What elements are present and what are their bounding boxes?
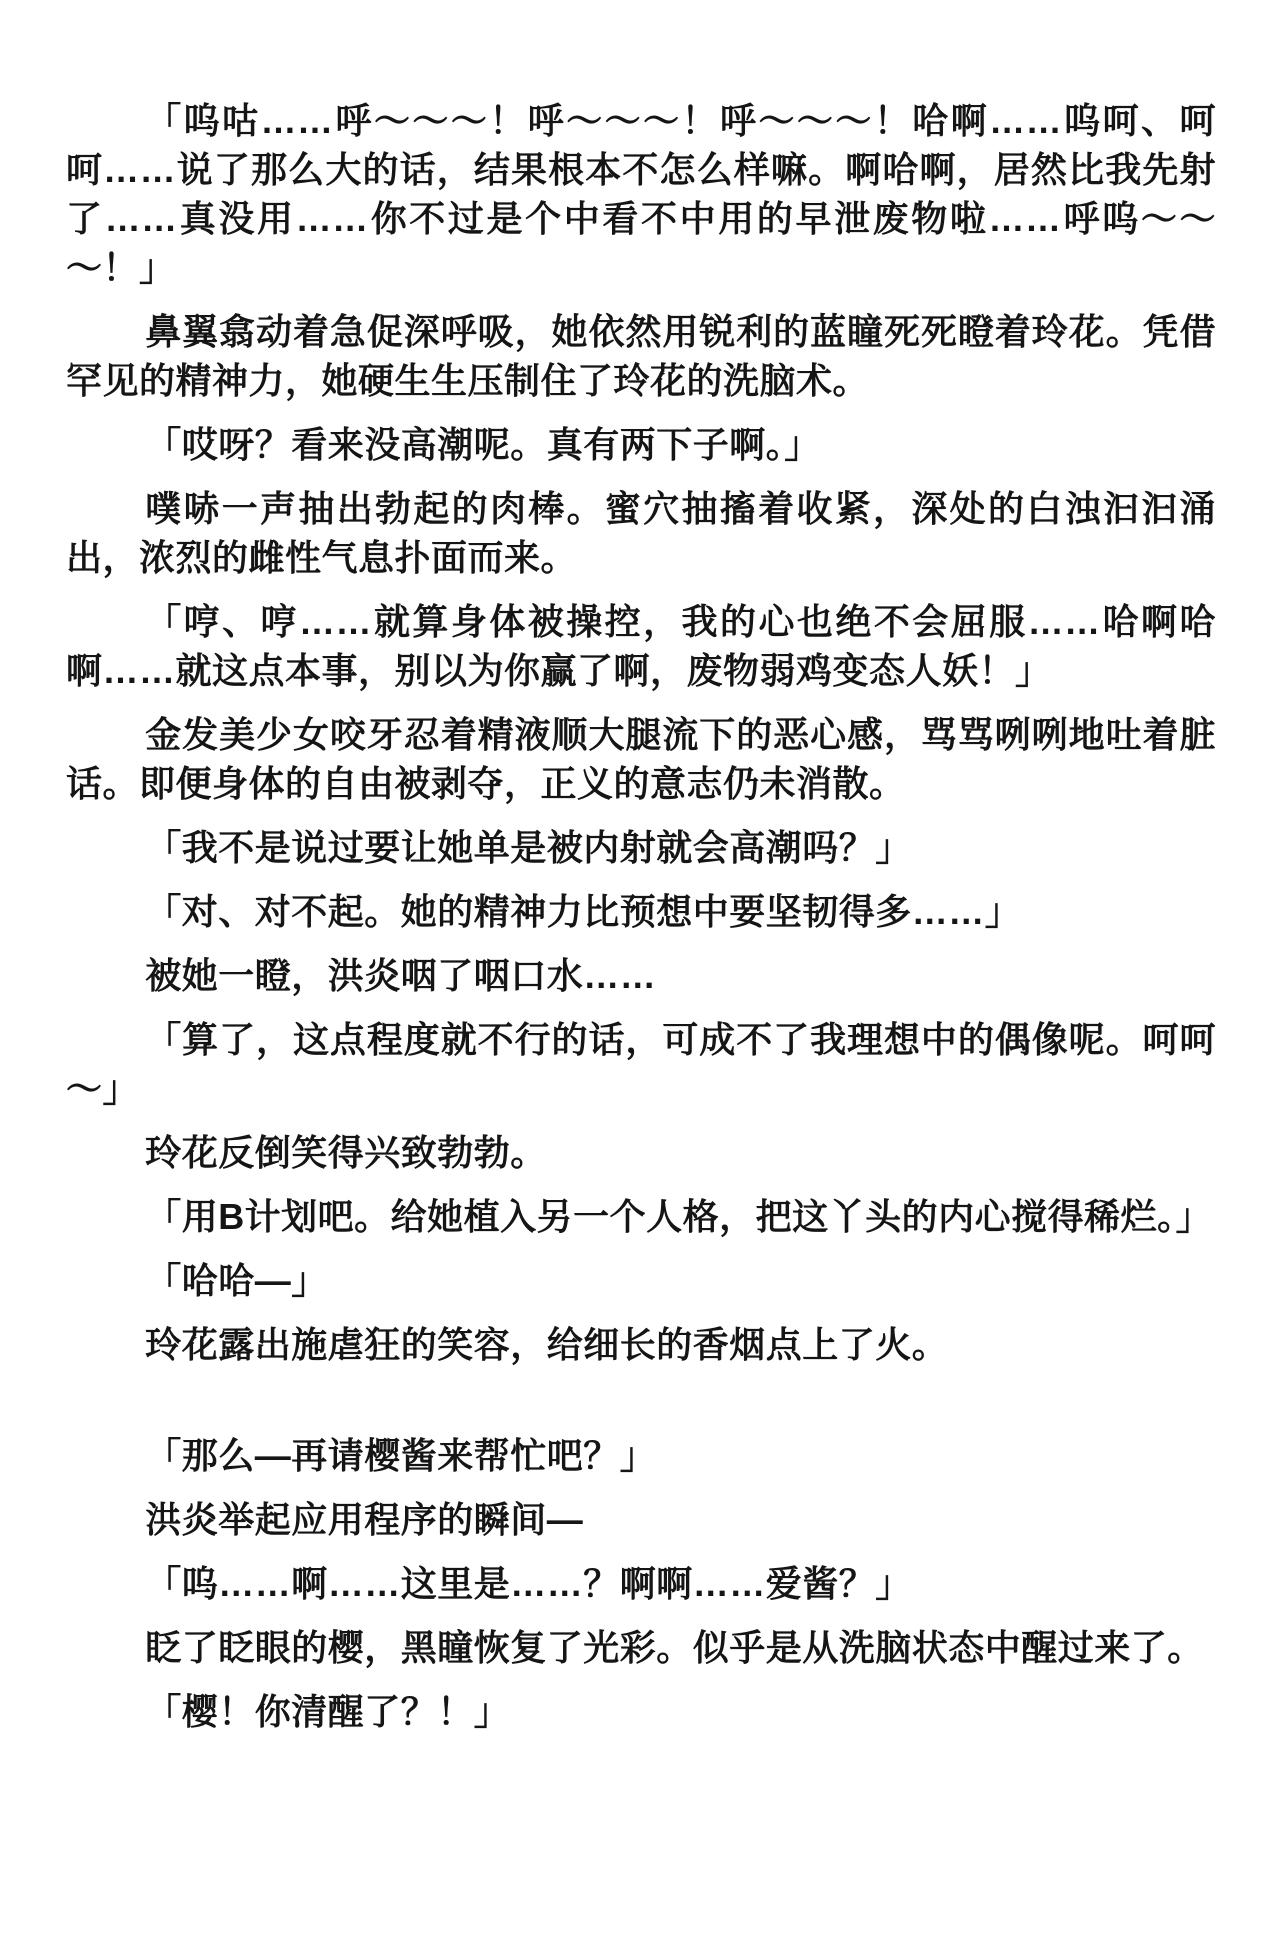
paragraph-dialogue-8: 「哈哈—」 xyxy=(66,1256,1216,1305)
paragraph-narration-2: 噗哧一声抽出勃起的肉棒。蜜穴抽搐着收紧，深处的白浊汩汩涌出，浓烈的雌性气息扑面而… xyxy=(66,484,1216,582)
paragraph-dialogue-3: 「哼、哼……就算身体被操控，我的心也绝不会屈服……哈啊哈啊……就这点本事，别以为… xyxy=(66,597,1216,695)
paragraph-narration-4: 被她一瞪，洪炎咽了咽口水…… xyxy=(66,951,1216,1000)
paragraph-dialogue-4: 「我不是说过要让她单是被内射就会高潮吗？」 xyxy=(66,823,1216,872)
paragraph-dialogue-5: 「对、对不起。她的精神力比预想中要坚韧得多……」 xyxy=(66,887,1216,936)
paragraph-narration-1: 鼻翼翕动着急促深呼吸，她依然用锐利的蓝瞳死死瞪着玲花。凭借罕见的精神力，她硬生生… xyxy=(66,307,1216,405)
paragraph-dialogue-11: 「樱！你清醒了？！」 xyxy=(66,1687,1216,1736)
paragraph-dialogue-10: 「呜……啊……这里是……？啊啊……爱酱？」 xyxy=(66,1559,1216,1608)
novel-reader-page: 「呜咕……呼～～～！呼～～～！呼～～～！哈啊……呜呵、呵呵……说了那么大的话，结… xyxy=(0,0,1280,1947)
paragraph-dialogue-1: 「呜咕……呼～～～！呼～～～！呼～～～！哈啊……呜呵、呵呵……说了那么大的话，结… xyxy=(66,96,1216,292)
paragraph-dialogue-7: 「用B计划吧。给她植入另一个人格，把这丫头的内心搅得稀烂。」 xyxy=(66,1192,1216,1241)
paragraph-narration-6: 玲花露出施虐狂的笑容，给细长的香烟点上了火。 xyxy=(66,1320,1216,1369)
paragraph-narration-8: 眨了眨眼的樱，黑瞳恢复了光彩。似乎是从洗脑状态中醒过来了。 xyxy=(66,1623,1216,1672)
paragraph-narration-3: 金发美少女咬牙忍着精液顺大腿流下的恶心感，骂骂咧咧地吐着脏话。即便身体的自由被剥… xyxy=(66,710,1216,808)
paragraph-dialogue-9: 「那么—再请樱酱来帮忙吧？」 xyxy=(66,1431,1216,1480)
paragraph-narration-5: 玲花反倒笑得兴致勃勃。 xyxy=(66,1128,1216,1177)
paragraph-dialogue-2: 「哎呀？看来没高潮呢。真有两下子啊。」 xyxy=(66,420,1216,469)
paragraph-dialogue-6: 「算了，这点程度就不行的话，可成不了我理想中的偶像呢。呵呵～」 xyxy=(66,1015,1216,1113)
paragraph-narration-7: 洪炎举起应用程序的瞬间— xyxy=(66,1495,1216,1544)
